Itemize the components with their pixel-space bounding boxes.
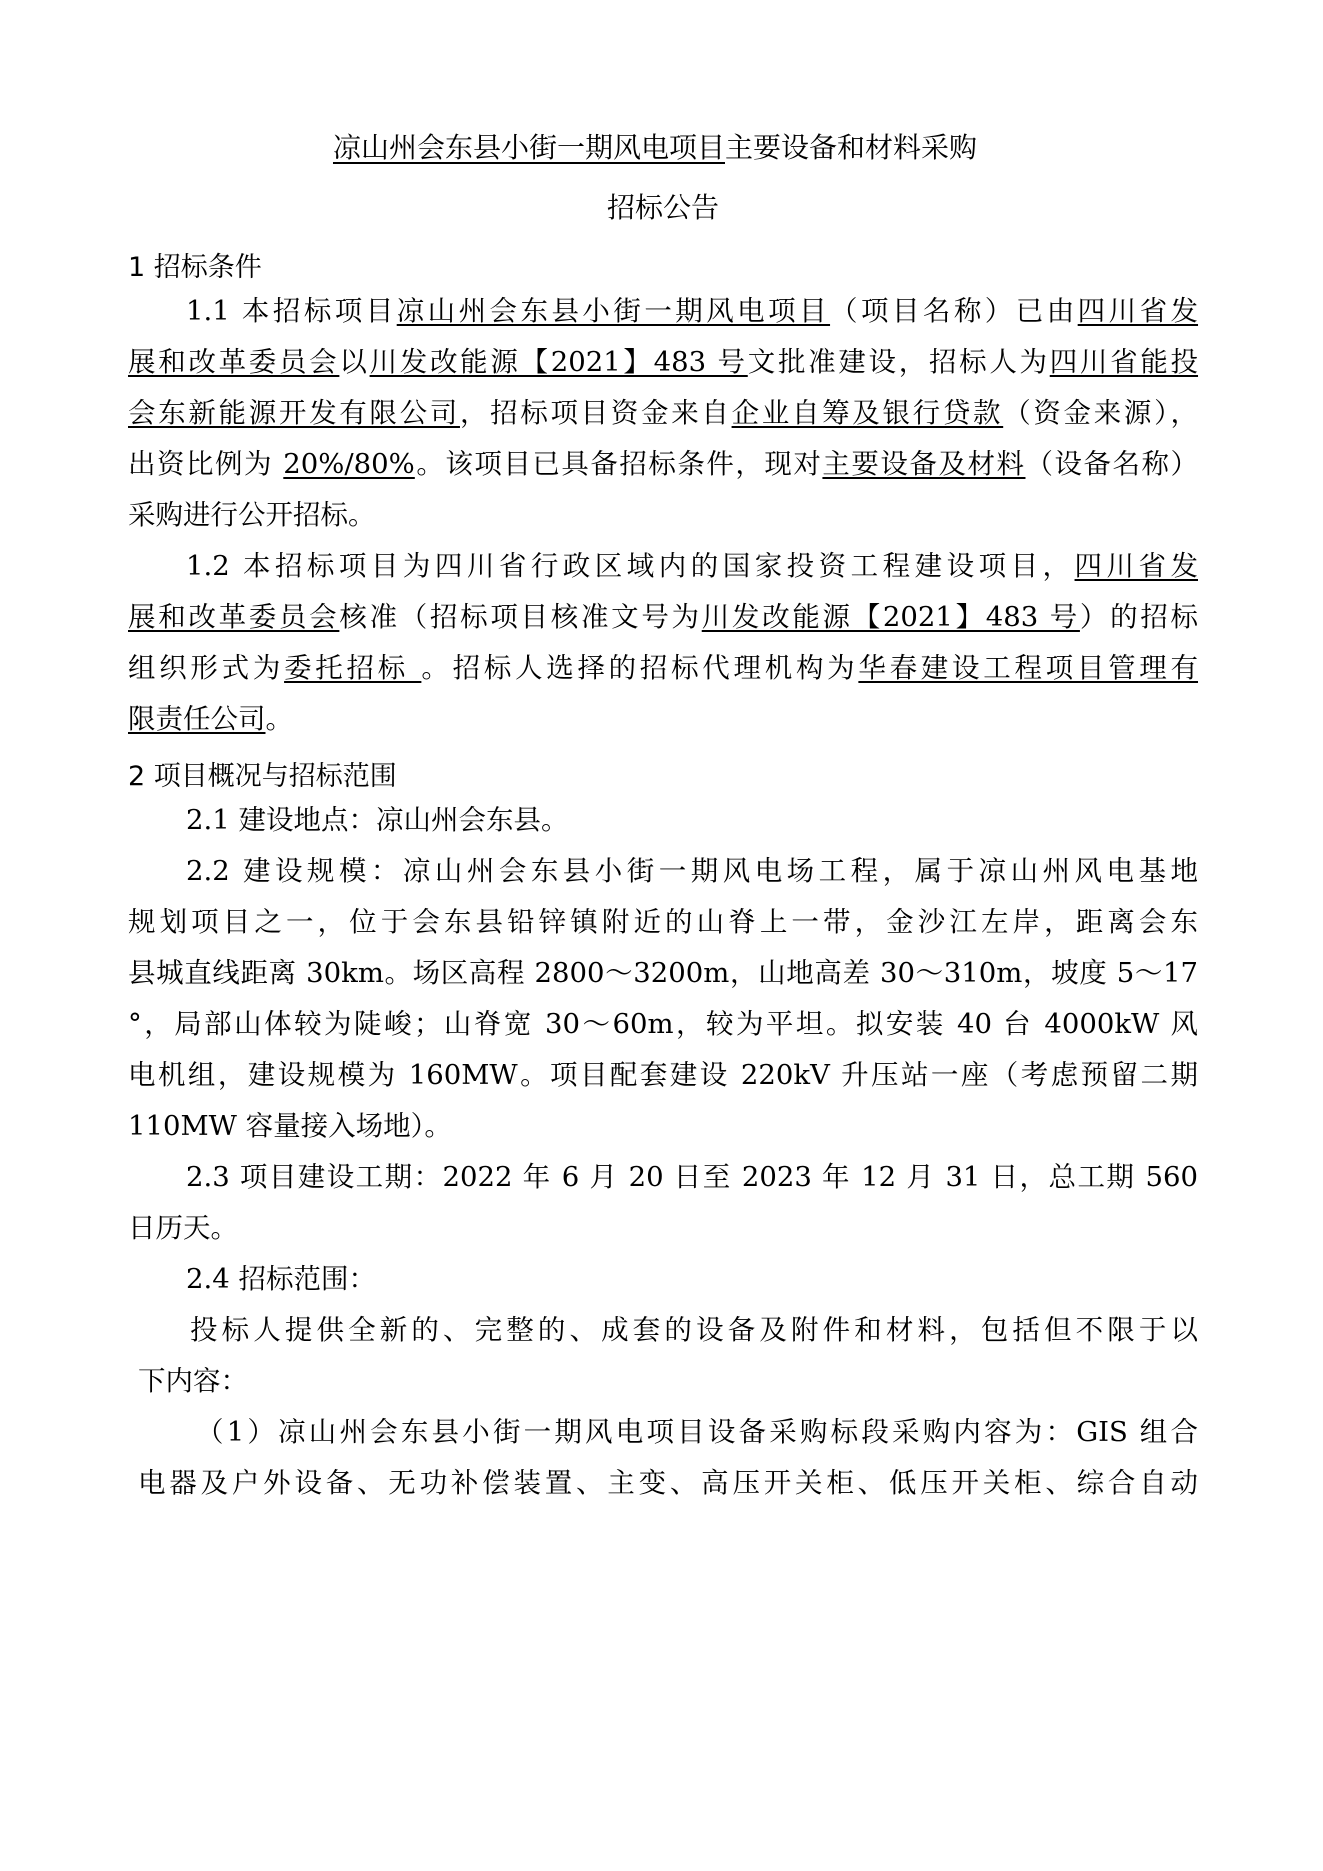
tender-agent-name: 限责任公司: [128, 703, 266, 735]
paragraph-2-3-line-2: 日历天。: [128, 1203, 1198, 1254]
paragraph-1-2-line-4: 限责任公司。: [128, 694, 1198, 745]
paragraph-2-2-line-6: 110MW 容量接入场地）。: [128, 1101, 1198, 1152]
approval-authority: 展和改革委员会: [128, 346, 339, 378]
text-run: 县城直线距离 30km。场区高程 2800～3200m，山地高差 30～310m…: [128, 957, 1198, 989]
text-run: 以: [339, 346, 369, 378]
text-run: 110MW 容量接入场地）。: [128, 1110, 452, 1142]
text-run: 。该项目已具备招标条件，现对: [415, 448, 823, 480]
section-heading-1: 1 招标条件: [128, 250, 262, 286]
approval-authority: 展和改革委员会: [128, 601, 339, 633]
text-run: 日历天。: [128, 1212, 238, 1244]
paragraph-1-2-line-1: 1.2 本招标项目为四川省行政区域内的国家投资工程建设项目，四川省发: [128, 541, 1198, 592]
tender-organization-form: 委托招标: [284, 652, 421, 684]
approval-document-number: 川发改能源【2021】483 号: [370, 346, 748, 378]
funding-ratio: 20%/80%: [283, 448, 415, 480]
paragraph-2-2-line-3: 县城直线距离 30km。场区高程 2800～3200m，山地高差 30～310m…: [128, 948, 1198, 999]
text-run: °，局部山体较为陡峻；山脊宽 30～60m，较为平坦。拟安装 40 台 4000…: [128, 1008, 1198, 1040]
paragraph-1-2-line-2: 展和改革委员会核准（招标项目核准文号为川发改能源【2021】483 号）的招标: [128, 592, 1198, 643]
text-run: 规划项目之一，位于会东县铅锌镇附近的山脊上一带，金沙江左岸，距离会东: [128, 906, 1198, 938]
section-heading-2: 2 项目概况与招标范围: [128, 759, 397, 795]
paragraph-2-4-body-line-1: 投标人提供全新的、完整的、成套的设备及附件和材料，包括但不限于以: [128, 1305, 1198, 1356]
text-run: 1.1 本招标项目: [186, 295, 397, 327]
paragraph-1-1-line-3: 会东新能源开发有限公司，招标项目资金来自企业自筹及银行贷款（资金来源），: [128, 388, 1198, 439]
paragraph-1-1-line-5: 采购进行公开招标。: [128, 490, 1198, 541]
paragraph-1-1-line-2: 展和改革委员会以川发改能源【2021】483 号文批准建设，招标人为四川省能投: [128, 337, 1198, 388]
list-item: （1）凉山州会东县小街一期风电项目设备采购标段采购内容为：GIS 组合: [196, 1416, 1198, 1448]
construction-location: 2.1 建设地点：凉山州会东县。: [186, 804, 568, 836]
paragraph-2-3-line-1: 2.3 项目建设工期：2022 年 6 月 20 日至 2023 年 12 月 …: [128, 1152, 1198, 1203]
list-item: 电器及户外设备、无功补偿装置、主变、高压开关柜、低压开关柜、综合自动: [138, 1467, 1198, 1499]
text-run: （资金来源），: [1003, 397, 1198, 429]
text-run: 。: [266, 703, 294, 735]
equipment-name: 主要设备及材料: [822, 448, 1025, 480]
text-run: 电机组，建设规模为 160MW。项目配套建设 220kV 升压站一座（考虑预留二…: [128, 1059, 1198, 1091]
tender-agent-name: 华春建设工程项目管理有: [858, 652, 1198, 684]
text-run: ）的招标: [1080, 601, 1198, 633]
paragraph-2-4-body-line-2: 下内容：: [128, 1356, 1198, 1407]
text-run: 1.2 本招标项目为四川省行政区域内的国家投资工程建设项目，: [186, 550, 1075, 582]
paragraph-2-2-line-1: 2.2 建设规模：凉山州会东县小街一期风电场工程，属于凉山州风电基地: [128, 846, 1198, 897]
document-page: 凉山州会东县小街一期风电项目主要设备和材料采购 招标公告 1 招标条件 1.1 …: [0, 0, 1323, 1871]
text-run: 组织形式为: [128, 652, 284, 684]
paragraph-2-4-heading: 2.4 招标范围：: [128, 1254, 1198, 1305]
paragraph-2-2-line-5: 电机组，建设规模为 160MW。项目配套建设 220kV 升压站一座（考虑预留二…: [128, 1050, 1198, 1101]
tenderer-name: 四川省能投: [1050, 346, 1198, 378]
project-name: 凉山州会东县小街一期风电项目: [397, 295, 830, 327]
document-subtitle: 招标公告: [128, 190, 1198, 226]
paragraph-1-1-line-1: 1.1 本招标项目凉山州会东县小街一期风电项目（项目名称）已由四川省发: [128, 286, 1198, 337]
title-project-name: 凉山州会东县小街一期风电项目: [333, 131, 725, 164]
document-title: 凉山州会东县小街一期风电项目主要设备和材料采购: [120, 130, 1190, 166]
title-rest: 主要设备和材料采购: [725, 131, 977, 164]
paragraph-2-2-line-2: 规划项目之一，位于会东县铅锌镇附近的山脊上一带，金沙江左岸，距离会东: [128, 897, 1198, 948]
text-run: ，招标项目资金来自: [460, 397, 732, 429]
text-run: 投标人提供全新的、完整的、成套的设备及附件和材料，包括但不限于以: [190, 1314, 1198, 1346]
text-run: 采购进行公开招标。: [128, 499, 376, 531]
approval-authority: 四川省发: [1078, 295, 1198, 327]
approval-authority: 四川省发: [1075, 550, 1198, 582]
text-run: 下内容：: [138, 1365, 248, 1397]
paragraph-1-1-line-4: 出资比例为 20%/80%。该项目已具备招标条件，现对主要设备及材料（设备名称）: [128, 439, 1198, 490]
paragraph-2-4-1-line-1: （1）凉山州会东县小街一期风电项目设备采购标段采购内容为：GIS 组合: [128, 1407, 1198, 1458]
tender-scope-label: 2.4 招标范围：: [186, 1263, 376, 1295]
text-run: 核准（招标项目核准文号为: [339, 601, 701, 633]
paragraph-2-1-line-1: 2.1 建设地点：凉山州会东县。: [128, 795, 1198, 846]
text-run: 出资比例为: [128, 448, 283, 480]
approval-document-number: 川发改能源【2021】483 号: [702, 601, 1080, 633]
text-run: 文批准建设，招标人为: [748, 346, 1050, 378]
paragraph-2-2-line-4: °，局部山体较为陡峻；山脊宽 30～60m，较为平坦。拟安装 40 台 4000…: [128, 999, 1198, 1050]
paragraph-1-2-line-3: 组织形式为委托招标 。招标人选择的招标代理机构为华春建设工程项目管理有: [128, 643, 1198, 694]
text-run: 2.2 建设规模：凉山州会东县小街一期风电场工程，属于凉山州风电基地: [186, 855, 1198, 887]
text-run: （项目名称）已由: [830, 295, 1078, 327]
funding-source: 企业自筹及银行贷款: [732, 397, 1004, 429]
paragraph-2-4-1-line-2: 电器及户外设备、无功补偿装置、主变、高压开关柜、低压开关柜、综合自动: [128, 1458, 1198, 1509]
construction-period: 2.3 项目建设工期：2022 年 6 月 20 日至 2023 年 12 月 …: [186, 1161, 1198, 1193]
text-run: 。招标人选择的招标代理机构为: [421, 652, 858, 684]
tenderer-name: 会东新能源开发有限公司: [128, 397, 460, 429]
text-run: （设备名称）: [1025, 448, 1198, 480]
